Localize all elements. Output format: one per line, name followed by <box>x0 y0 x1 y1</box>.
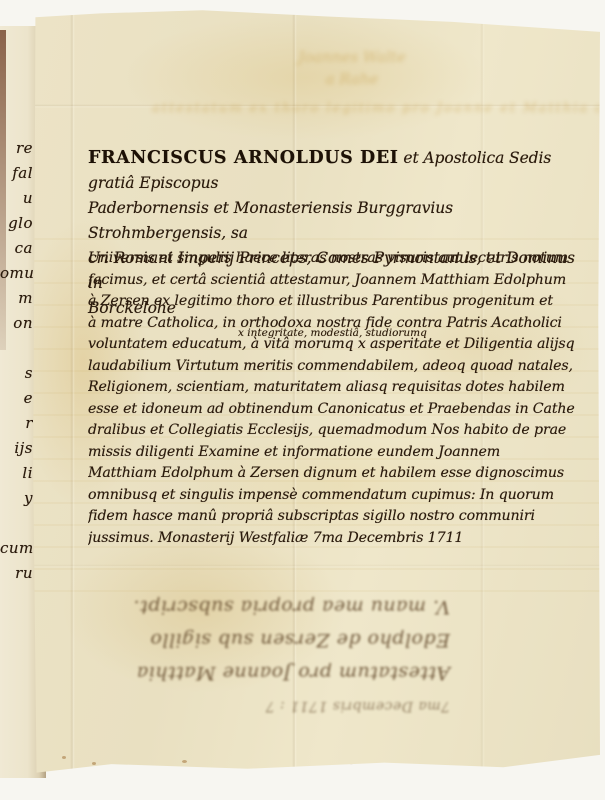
showthrough-line: Joannes Walte <box>152 46 552 68</box>
margin-fragment-text: omu <box>0 261 33 286</box>
showthrough-bottom-text: 7ma Decembris 1711 : 7Attestatum pro Joa… <box>160 590 450 722</box>
fold-crease-vertical-1 <box>70 8 75 778</box>
margin-fragment-text: cum <box>0 536 33 561</box>
margin-fragment-text: y <box>0 486 33 511</box>
body-line: fidem hasce manû propriâ subscriptas sig… <box>88 506 580 528</box>
margin-fragment-text: ijs <box>0 436 33 461</box>
margin-fragment-text: r <box>0 411 33 436</box>
paper-spot <box>128 766 131 769</box>
heading-line-1: FRANCISCUS ARNOLDUS DEI et Apostolica Se… <box>88 146 578 196</box>
paper-spot <box>62 756 66 759</box>
paper-spot <box>92 762 96 765</box>
margin-fragment-text: fal <box>0 161 33 186</box>
body-line: esse et idoneum ad obtinendum Canonicatu… <box>88 399 580 421</box>
body-line: Universis et singulis haece literas nost… <box>88 248 580 270</box>
body-line: dralibus et Collegiatis Ecclesijs, quema… <box>88 420 580 442</box>
interlinear-insertion: x integritate, modestiâ, studiorumq <box>238 323 427 345</box>
body-line: missis diligenti Examine et informatione… <box>88 442 580 464</box>
margin-fragment-text: ru <box>0 561 33 586</box>
body-line: jussimus. Monasterij Westfaliæ 7ma Decem… <box>88 528 580 550</box>
margin-fragment-text: re <box>0 136 33 161</box>
margin-fragment-text: ca <box>0 236 33 261</box>
margin-fragment-text: u <box>0 186 33 211</box>
margin-fragment-text: li <box>0 461 33 486</box>
heading-line-2: Paderbornensis et Monasteriensis Burggra… <box>88 196 578 246</box>
body-line: facimus, et certâ scientiâ attestamur, J… <box>88 270 580 292</box>
fold-crease-horizontal-2 <box>32 564 600 568</box>
sender-name-caps: FRANCISCUS ARNOLDUS DEI <box>88 148 399 168</box>
showthrough-line: attestatum ex thoro legitimo pro Joanne … <box>152 98 552 120</box>
paper-spot <box>182 760 187 763</box>
body-line: Matthiam Edolphum à Zersen dignum et hab… <box>88 463 580 485</box>
margin-fragment-text: s <box>0 361 33 386</box>
showthrough-line: a Rahe <box>152 68 552 90</box>
left-margin-text-fragments: refaluglocaomumonserijsliycumru <box>0 136 33 586</box>
margin-fragment-text: on <box>0 311 33 336</box>
paper-sheet: Joannes Walte a Rahe attestatum ex thoro… <box>32 8 600 778</box>
scanned-manuscript-page: { "scan": { "background_color": "#f7f6f1… <box>0 0 605 800</box>
showthrough-line: Edolpho de Zersen sub sigillo <box>160 623 450 656</box>
body-line: Religionem, scientiam, maturitatem alias… <box>88 377 580 399</box>
body-line: laudabilium Virtutum meritis commendabil… <box>88 356 580 378</box>
margin-fragment-text <box>0 336 33 361</box>
body-line: à Zersen ex legitimo thoro et illustribu… <box>88 291 580 313</box>
margin-fragment-text: e <box>0 386 33 411</box>
margin-fragment-text <box>0 511 33 536</box>
showthrough-top-text: Joannes Walte a Rahe attestatum ex thoro… <box>152 46 552 120</box>
paper-spot <box>350 764 353 766</box>
document-body: Universis et singulis haece literas nost… <box>88 248 580 549</box>
scan-area: refaluglocaomumonserijsliycumru Joannes … <box>0 0 605 800</box>
body-line: omnibusq et singulis impensè commendatum… <box>88 485 580 507</box>
showthrough-line: V. manu mea propria subscript. <box>160 590 450 623</box>
showthrough-line: 7ma Decembris 1711 : 7 <box>160 689 450 722</box>
margin-fragment-text: glo <box>0 211 33 236</box>
showthrough-line: Attestatum pro Joanne Matthia <box>160 656 450 689</box>
margin-fragment-text: m <box>0 286 33 311</box>
